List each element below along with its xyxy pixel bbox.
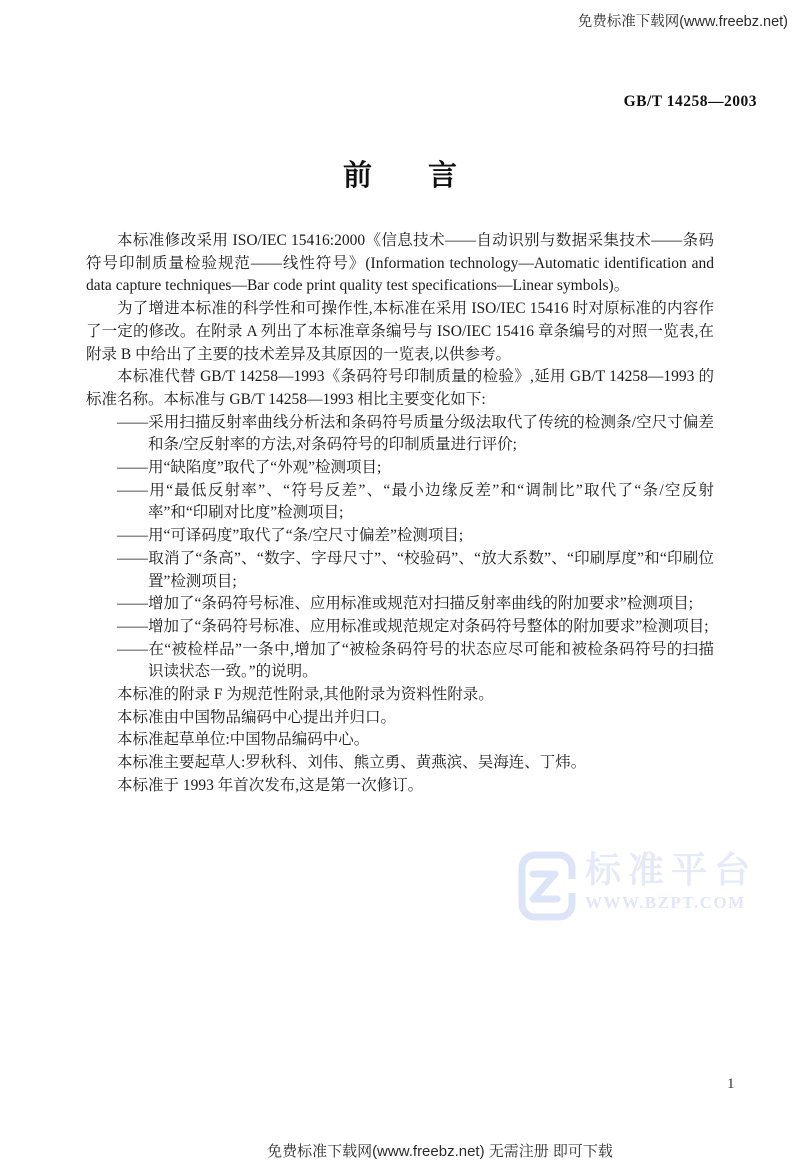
footer-site-note: 免费标准下载网(www.freebz.net) 无需注册 即可下载 (80, 1140, 800, 1161)
change-item: ——用“缺陷度”取代了“外观”检测项目; (86, 457, 714, 480)
change-item: ——采用扫描反射率曲线分析法和条码符号质量分级法取代了传统的检测条/空尺寸偏差和… (86, 412, 714, 457)
change-item: ——增加了“条码符号标准、应用标准或规范规定对条码符号整体的附加要求”检测项目; (86, 616, 714, 639)
watermark-brand: 标准平台 (585, 851, 757, 889)
watermark-site-url: WWW.BZPT.COM (585, 893, 757, 913)
change-list: ——采用扫描反射率曲线分析法和条码符号质量分级法取代了传统的检测条/空尺寸偏差和… (86, 412, 714, 684)
header-site-note: 免费标准下载网(www.freebz.net) (578, 10, 788, 31)
closing-paragraph: 本标准主要起草人:罗秋科、刘伟、熊立勇、黄燕滨、吴海连、丁炜。 (86, 752, 714, 775)
change-item: ——取消了“条高”、“数字、字母尺寸”、“校验码”、“放大系数”、“印刷厚度”和… (86, 548, 714, 593)
closing-paragraph: 本标准于 1993 年首次发布,这是第一次修订。 (86, 775, 714, 798)
closing-paragraph: 本标准起草单位:中国物品编码中心。 (86, 729, 714, 752)
intro-paragraph: 本标准代替 GB/T 14258—1993《条码符号印制质量的检验》,延用 GB… (86, 366, 714, 411)
bzpt-logo-icon (518, 851, 576, 921)
closing-paragraph: 本标准的附录 F 为规范性附录,其他附录为资料性附录。 (86, 684, 714, 707)
change-item: ——增加了“条码符号标准、应用标准或规范对扫描反射率曲线的附加要求”检测项目; (86, 593, 714, 616)
standard-number: GB/T 14258—2003 (624, 93, 757, 111)
change-item: ——在“被检样品”一条中,增加了“被检条码符号的状态应尽可能和被检条码符号的扫描… (86, 639, 714, 684)
page-title: 前 言 (0, 153, 800, 194)
intro-paragraph: 为了增进本标准的科学性和可操作性,本标准在采用 ISO/IEC 15416 时对… (86, 298, 714, 366)
closing-paragraph: 本标准由中国物品编码中心提出并归口。 (86, 707, 714, 730)
watermark-text: 标准平台 WWW.BZPT.COM (585, 851, 757, 913)
change-item: ——用“可译码度”取代了“条/空尺寸偏差”检测项目; (86, 525, 714, 548)
page-number: 1 (727, 1076, 735, 1093)
document-page: 免费标准下载网(www.freebz.net) GB/T 14258—2003 … (0, 0, 800, 1168)
foreword-body: 本标准修改采用 ISO/IEC 15416:2000《信息技术——自动识别与数据… (86, 230, 714, 798)
watermark: 标准平台 WWW.BZPT.COM (518, 851, 757, 921)
intro-paragraph: 本标准修改采用 ISO/IEC 15416:2000《信息技术——自动识别与数据… (86, 230, 714, 298)
change-item: ——用“最低反射率”、“符号反差”、“最小边缘反差”和“调制比”取代了“条/空反… (86, 480, 714, 525)
